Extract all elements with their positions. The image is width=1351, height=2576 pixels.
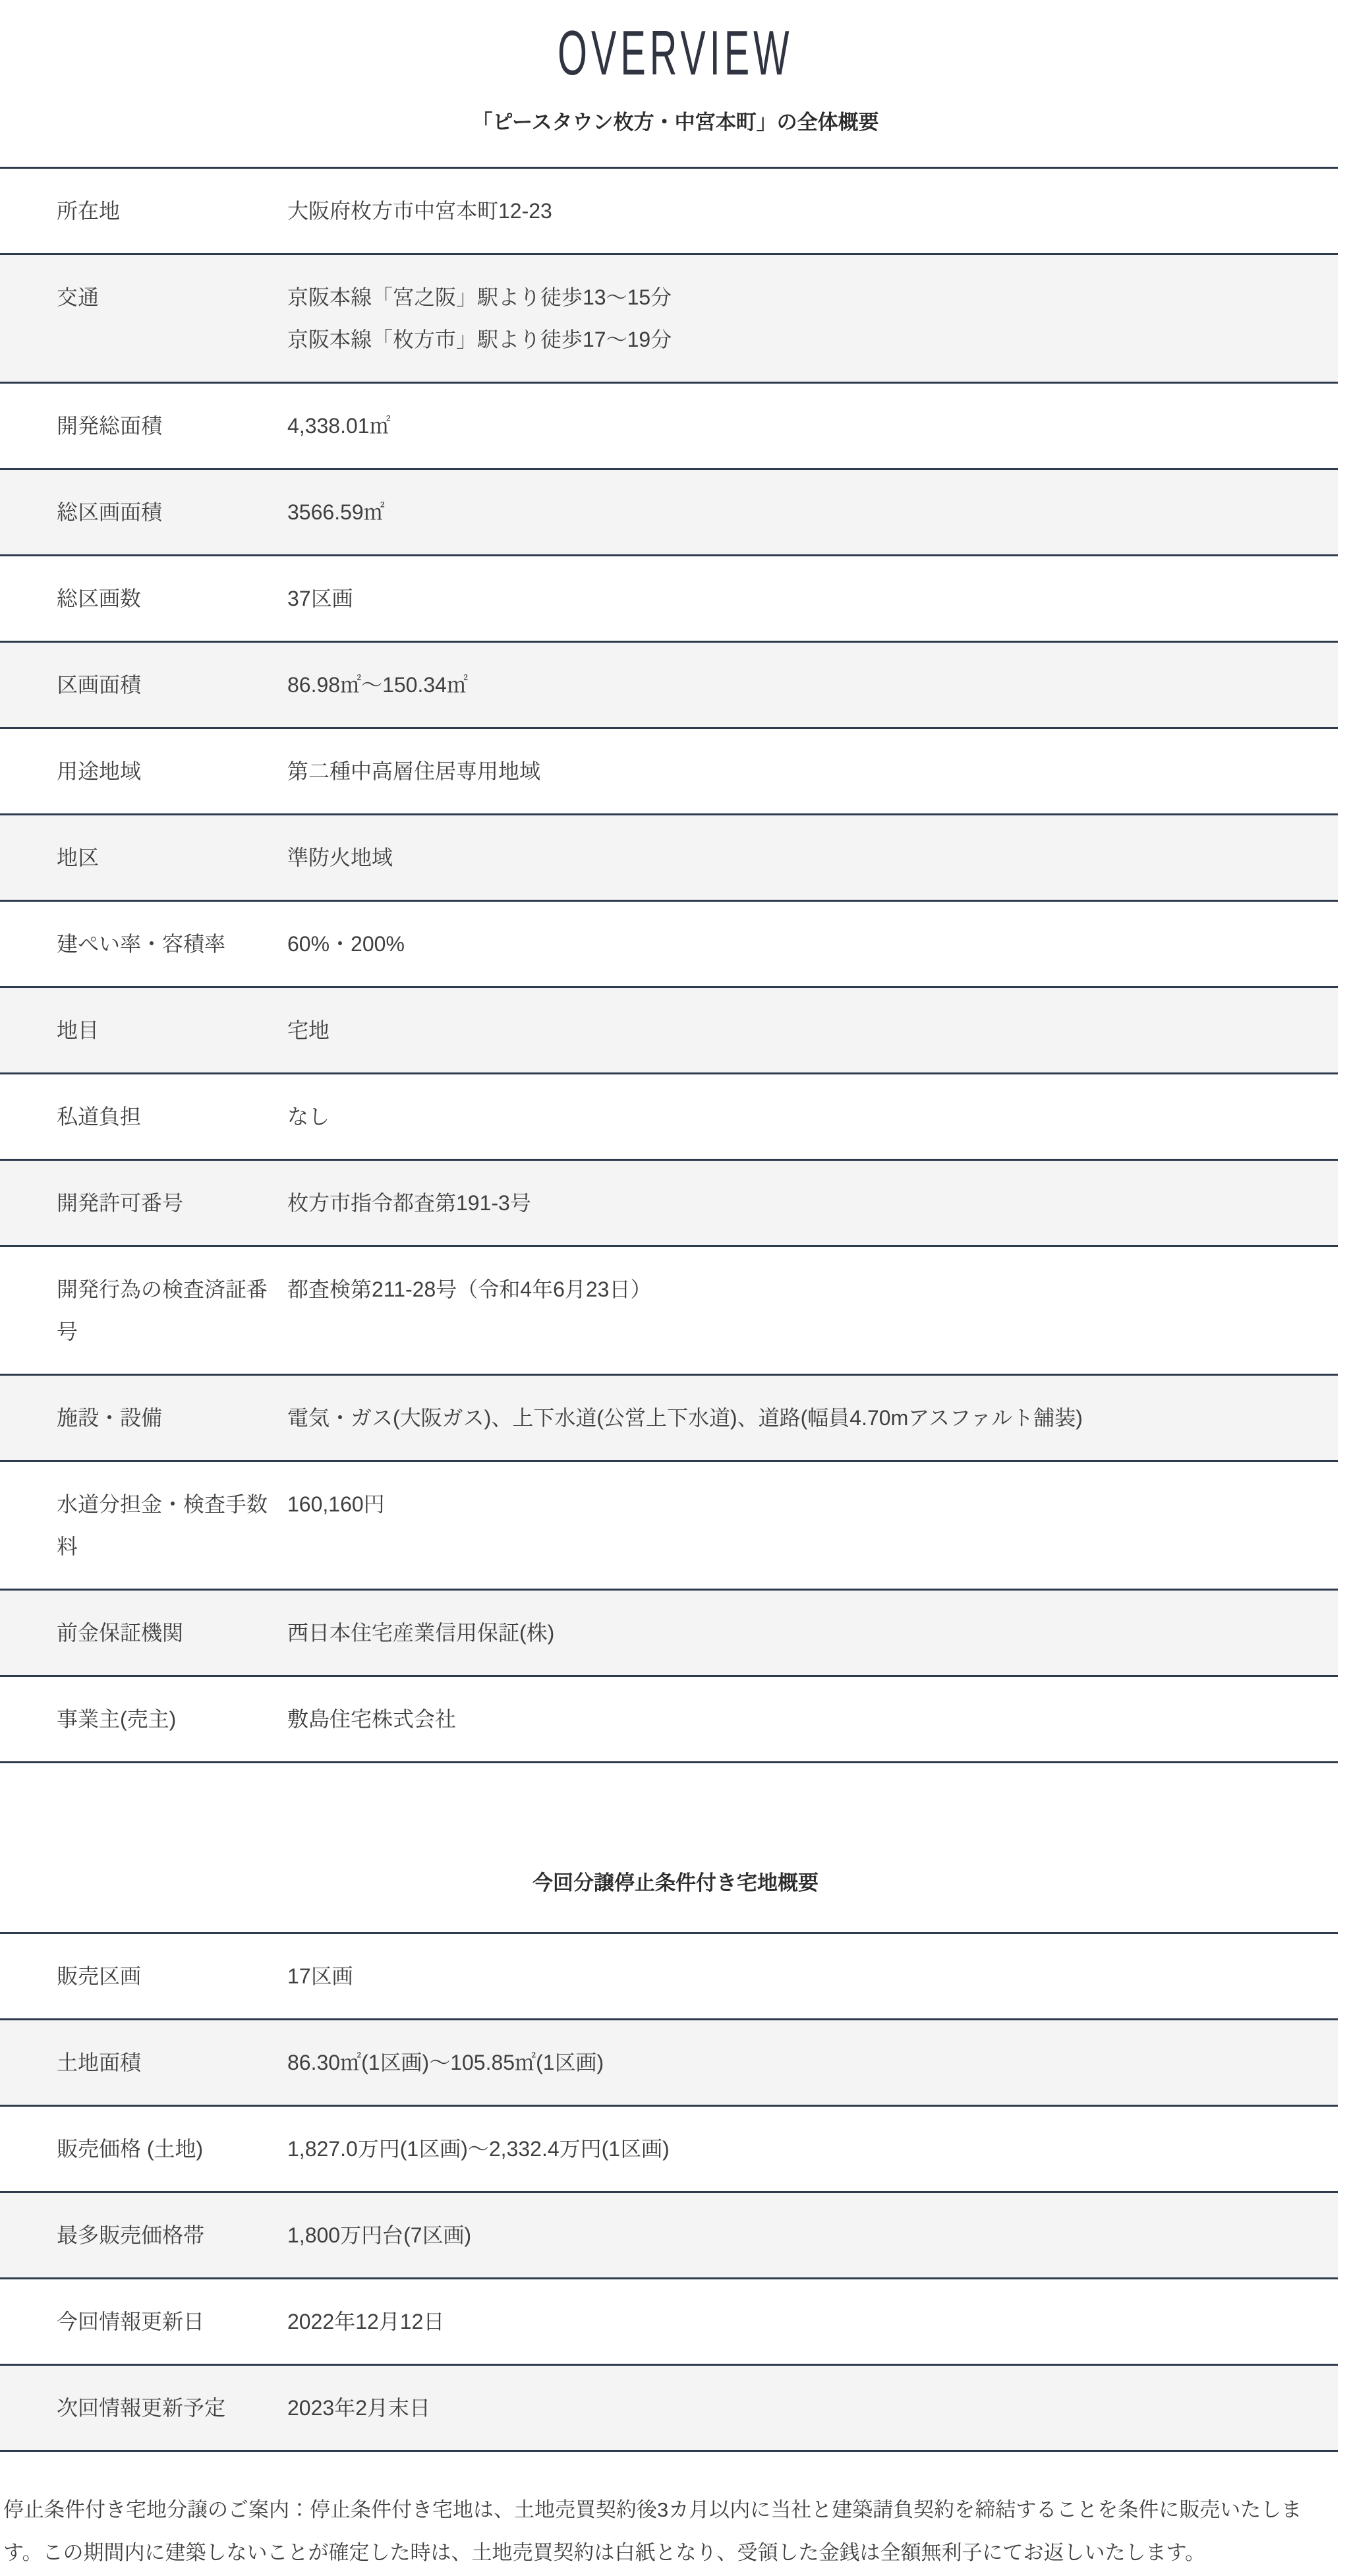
row-value: 86.30㎡(1区画)～105.85㎡(1区画) bbox=[287, 2041, 1311, 2084]
row-label: 次回情報更新予定 bbox=[57, 2387, 287, 2429]
row-value: 160,160円 bbox=[287, 1483, 1311, 1525]
row-label: 地区 bbox=[57, 836, 287, 879]
table-row: 今回情報更新日 2022年12月12日 bbox=[0, 2277, 1338, 2364]
row-label: 施設・設備 bbox=[57, 1397, 287, 1439]
row-value: 敷島住宅株式会社 bbox=[287, 1698, 1311, 1740]
row-value: 17区画 bbox=[287, 1955, 1311, 1997]
overview-table: 所在地 大阪府枚方市中宮本町12-23 交通 京阪本線「宮之阪」駅より徒歩13～… bbox=[0, 167, 1338, 1763]
row-value: 1,827.0万円(1区画)～2,332.4万円(1区画) bbox=[287, 2128, 1311, 2170]
row-label: 最多販売価格帯 bbox=[57, 2214, 287, 2256]
table-row: 開発行為の検査済証番号 都査検第211-28号（令和4年6月23日） bbox=[0, 1245, 1338, 1374]
table-row: 最多販売価格帯 1,800万円台(7区画) bbox=[0, 2191, 1338, 2277]
table-row: 用途地域 第二種中高層住居専用地域 bbox=[0, 727, 1338, 813]
table-row: 前金保証機関 西日本住宅産業信用保証(株) bbox=[0, 1589, 1338, 1675]
row-value: 京阪本線「宮之阪」駅より徒歩13～15分 京阪本線「枚方市」駅より徒歩17～19… bbox=[287, 276, 1311, 361]
table-row: 開発総面積 4,338.01㎡ bbox=[0, 382, 1338, 468]
row-value: 37区画 bbox=[287, 577, 1311, 620]
page-title: OVERVIEW bbox=[558, 17, 793, 90]
table-row: 総区画面積 3566.59㎡ bbox=[0, 468, 1338, 554]
row-label: 総区画数 bbox=[57, 577, 287, 620]
page-header: OVERVIEW 「ピースタウン枚方・中宮本町」の全体概要 bbox=[0, 0, 1351, 136]
row-label: 用途地域 bbox=[57, 750, 287, 792]
table-row: 地目 宅地 bbox=[0, 986, 1338, 1072]
table-row: 地区 準防火地域 bbox=[0, 813, 1338, 900]
row-value: 大阪府枚方市中宮本町12-23 bbox=[287, 190, 1311, 232]
row-value: 86.98㎡～150.34㎡ bbox=[287, 664, 1311, 706]
row-value: 2023年2月末日 bbox=[287, 2387, 1311, 2429]
row-value: 2022年12月12日 bbox=[287, 2300, 1311, 2343]
table-row: 施設・設備 電気・ガス(大阪ガス)、上下水道(公営上下水道)、道路(幅員4.70… bbox=[0, 1374, 1338, 1460]
sale-section-title: 今回分譲停止条件付き宅地概要 bbox=[0, 1869, 1351, 1898]
row-value: なし bbox=[287, 1096, 1311, 1138]
row-value: 宅地 bbox=[287, 1009, 1311, 1051]
row-label: 土地面積 bbox=[57, 2041, 287, 2084]
row-value: 第二種中高層住居専用地域 bbox=[287, 750, 1311, 792]
row-value: 電気・ガス(大阪ガス)、上下水道(公営上下水道)、道路(幅員4.70mアスファル… bbox=[287, 1397, 1311, 1439]
table-row: 総区画数 37区画 bbox=[0, 554, 1338, 641]
row-label: 開発許可番号 bbox=[57, 1182, 287, 1224]
sale-table: 販売区画 17区画 土地面積 86.30㎡(1区画)～105.85㎡(1区画) … bbox=[0, 1932, 1338, 2452]
row-label: 区画面積 bbox=[57, 664, 287, 706]
table-row: 区画面積 86.98㎡～150.34㎡ bbox=[0, 641, 1338, 727]
row-value: 西日本住宅産業信用保証(株) bbox=[287, 1612, 1311, 1654]
row-label: 水道分担金・検査手数料 bbox=[57, 1483, 287, 1567]
table-row: 交通 京阪本線「宮之阪」駅より徒歩13～15分 京阪本線「枚方市」駅より徒歩17… bbox=[0, 253, 1338, 382]
row-label: 所在地 bbox=[57, 190, 287, 232]
row-label: 建ぺい率・容積率 bbox=[57, 923, 287, 965]
table-row: 販売区画 17区画 bbox=[0, 1932, 1338, 2018]
table-row: 次回情報更新予定 2023年2月末日 bbox=[0, 2364, 1338, 2450]
row-label: 開発総面積 bbox=[57, 405, 287, 447]
table-row: 所在地 大阪府枚方市中宮本町12-23 bbox=[0, 167, 1338, 253]
row-value: 4,338.01㎡ bbox=[287, 405, 1311, 447]
row-value: 1,800万円台(7区画) bbox=[287, 2214, 1311, 2256]
footer-note: 停止条件付き宅地分譲のご案内：停止条件付き宅地は、土地売買契約後3カ月以内に当社… bbox=[3, 2488, 1338, 2574]
table-row: 販売価格 (土地) 1,827.0万円(1区画)～2,332.4万円(1区画) bbox=[0, 2105, 1338, 2191]
row-value: 枚方市指令都査第191-3号 bbox=[287, 1182, 1311, 1224]
row-label: 販売区画 bbox=[57, 1955, 287, 1997]
property-overview-page: OVERVIEW 「ピースタウン枚方・中宮本町」の全体概要 所在地 大阪府枚方市… bbox=[0, 0, 1351, 2574]
row-label: 総区画面積 bbox=[57, 491, 287, 533]
row-label: 地目 bbox=[57, 1009, 287, 1051]
row-label: 今回情報更新日 bbox=[57, 2300, 287, 2343]
table-row: 事業主(売主) 敷島住宅株式会社 bbox=[0, 1675, 1338, 1761]
table-row: 開発許可番号 枚方市指令都査第191-3号 bbox=[0, 1159, 1338, 1245]
table-row: 私道負担 なし bbox=[0, 1072, 1338, 1159]
row-value: 3566.59㎡ bbox=[287, 491, 1311, 533]
row-label: 交通 bbox=[57, 276, 287, 318]
table-row: 土地面積 86.30㎡(1区画)～105.85㎡(1区画) bbox=[0, 2018, 1338, 2105]
row-label: 前金保証機関 bbox=[57, 1612, 287, 1654]
row-value: 60%・200% bbox=[287, 923, 1311, 965]
row-label: 開発行為の検査済証番号 bbox=[57, 1268, 287, 1353]
row-value: 都査検第211-28号（令和4年6月23日） bbox=[287, 1268, 1311, 1310]
row-label: 販売価格 (土地) bbox=[57, 2128, 287, 2170]
row-label: 事業主(売主) bbox=[57, 1698, 287, 1740]
page-subtitle: 「ピースタウン枚方・中宮本町」の全体概要 bbox=[0, 108, 1351, 136]
row-value: 準防火地域 bbox=[287, 836, 1311, 879]
row-label: 私道負担 bbox=[57, 1096, 287, 1138]
table-row: 水道分担金・検査手数料 160,160円 bbox=[0, 1460, 1338, 1589]
table-row: 建ぺい率・容積率 60%・200% bbox=[0, 900, 1338, 986]
